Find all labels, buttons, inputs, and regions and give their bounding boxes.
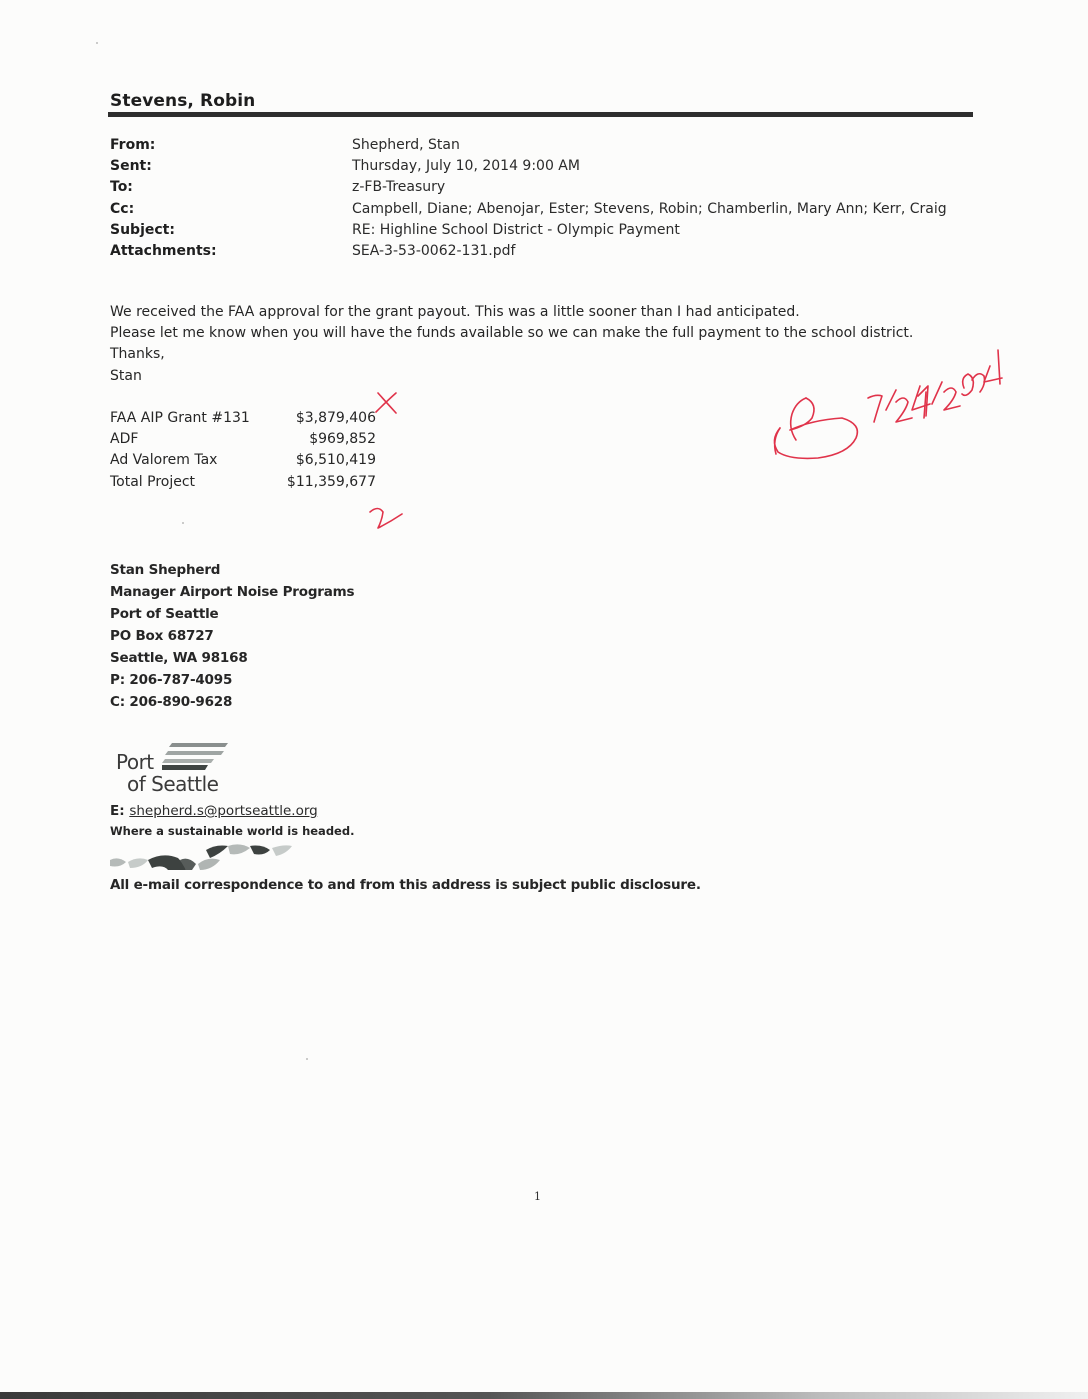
header-label: To: [110,177,352,198]
funding-amount: $6,510,419 [278,450,376,471]
signature-email-line: E: shepherd.s@portseattle.org [110,803,318,819]
page-number: 1 [534,1190,541,1203]
logo-text-port: Port [116,750,154,774]
email-signature: Stan Shepherd Manager Airport Noise Prog… [110,559,354,713]
header-label: Sent: [110,156,352,177]
wave-graphic-icon [108,842,294,870]
header-to: To: z-FB-Treasury [110,177,947,198]
email-headers: From: Shepherd, Stan Sent: Thursday, Jul… [110,135,947,262]
signature-po-box: PO Box 68727 [110,625,354,647]
funding-row: FAA AIP Grant #131 $3,879,406 [110,408,376,429]
scan-bottom-edge [0,1392,1088,1399]
signature-org: Port of Seattle [110,603,354,625]
funding-row-total: Total Project $11,359,677 [110,472,376,493]
header-subject: Subject: RE: Highline School District - … [110,220,947,241]
funding-amount: $3,879,406 [278,408,376,429]
funding-label: ADF [110,429,278,450]
header-value: z-FB-Treasury [352,177,445,198]
signature-cell: C: 206-890-9628 [110,691,354,713]
funding-row: Ad Valorem Tax $6,510,419 [110,450,376,471]
header-label: Attachments: [110,241,352,262]
scan-speck [96,42,98,44]
funding-amount: $969,852 [278,429,376,450]
header-label: From: [110,135,352,156]
email-body: We received the FAA approval for the gra… [110,302,913,387]
port-of-seattle-logo: Port of Seattle [114,742,234,797]
signature-city: Seattle, WA 98168 [110,647,354,669]
mailbox-owner-name: Stevens, Robin [110,91,255,111]
header-attachments: Attachments: SEA-3-53-0062-131.pdf [110,241,947,262]
logo-stripes-icon [162,743,228,773]
handwritten-initials-icon [774,398,857,458]
body-line: Stan [110,366,913,387]
header-from: From: Shepherd, Stan [110,135,947,156]
funding-amount: $11,359,677 [278,472,376,493]
header-value: RE: Highline School District - Olympic P… [352,220,680,241]
signature-phone: P: 206-787-4095 [110,669,354,691]
signature-title: Manager Airport Noise Programs [110,581,354,603]
body-line: Thanks, [110,344,913,365]
email-link[interactable]: shepherd.s@portseattle.org [129,803,317,819]
attachment-filename: SEA-3-53-0062-131.pdf [352,241,515,262]
scanned-email-page: Stevens, Robin From: Shepherd, Stan Sent… [0,0,1088,1399]
header-sent: Sent: Thursday, July 10, 2014 9:00 AM [110,156,947,177]
funding-label: FAA AIP Grant #131 [110,408,278,429]
header-label: Cc: [110,199,352,220]
funding-row: ADF $969,852 [110,429,376,450]
signature-name: Stan Shepherd [110,559,354,581]
body-line: Please let me know when you will have th… [110,323,913,344]
handwritten-x-mark-icon [376,393,396,413]
scan-speck [182,522,184,524]
funding-table: FAA AIP Grant #131 $3,879,406 ADF $969,8… [110,408,376,493]
header-value: Thursday, July 10, 2014 9:00 AM [352,156,580,177]
handwritten-two-mark-icon [370,509,402,529]
email-prefix: E: [110,803,129,819]
logo-text-seattle: of Seattle [127,772,218,796]
signature-tagline: Where a sustainable world is headed. [110,824,354,838]
funding-label: Total Project [110,472,278,493]
header-value: Shepherd, Stan [352,135,460,156]
header-divider [108,112,973,117]
header-cc: Cc: Campbell, Diane; Abenojar, Ester; St… [110,199,947,220]
header-label: Subject: [110,220,352,241]
public-disclosure-notice: All e-mail correspondence to and from th… [110,877,701,893]
funding-label: Ad Valorem Tax [110,450,278,471]
header-value: Campbell, Diane; Abenojar, Ester; Steven… [352,199,947,220]
scan-speck [306,1058,308,1060]
body-line: We received the FAA approval for the gra… [110,302,913,323]
